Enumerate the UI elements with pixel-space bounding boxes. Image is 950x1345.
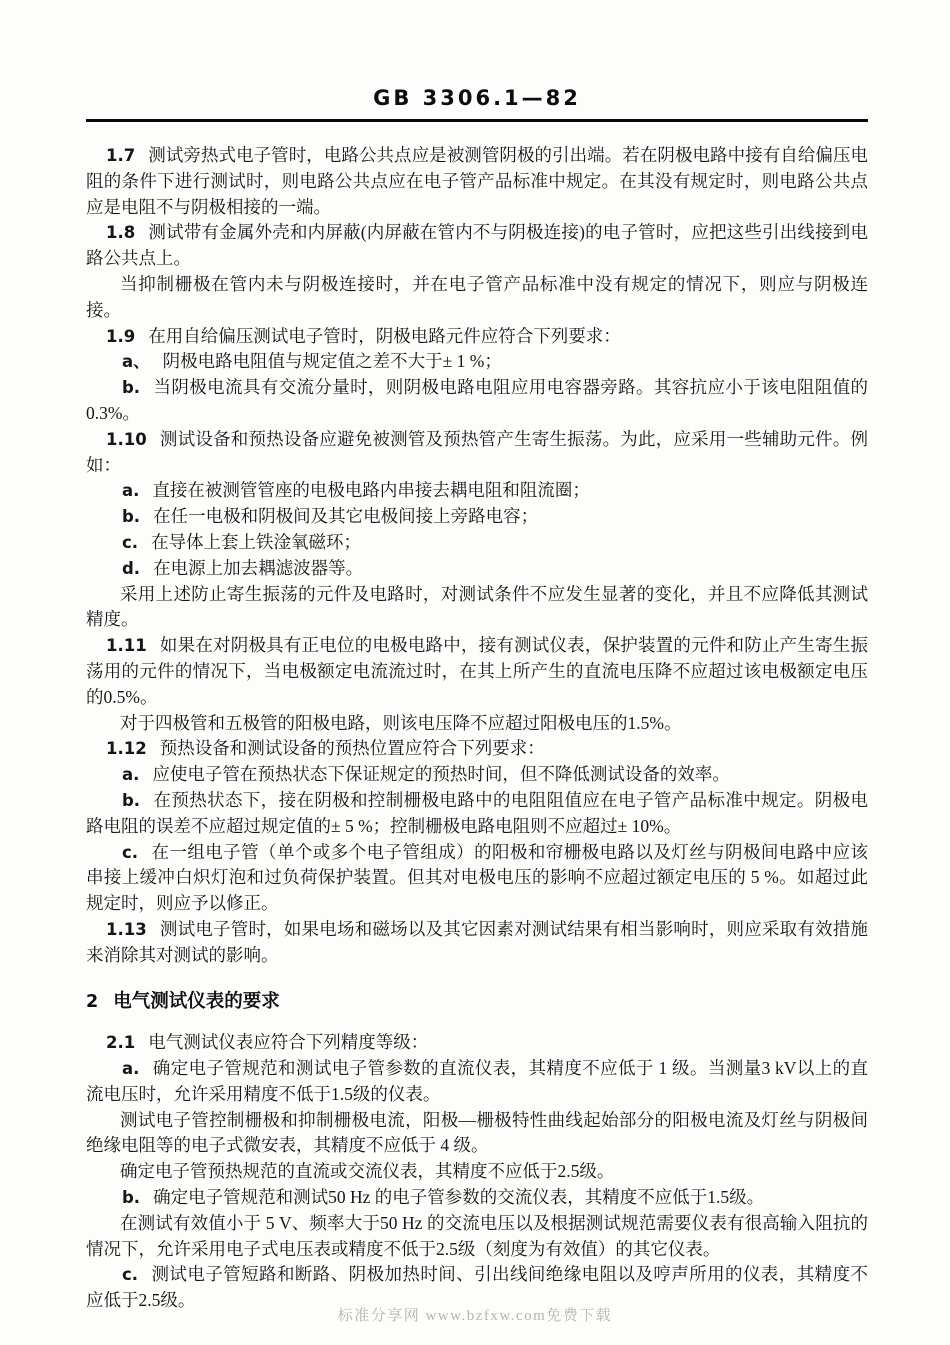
clause-number: 1.7 — [106, 146, 135, 165]
item-letter: b. — [122, 1188, 140, 1207]
clause-text: 预热设备和测试设备的预热位置应符合下列要求： — [160, 738, 545, 758]
clause-text: 测试电子管控制栅极和抑制栅极电流，阳极—栅极特性曲线起始部分的阳极电流及灯丝与阴… — [86, 1110, 868, 1156]
clause-1-12: 1.12预热设备和测试设备的预热位置应符合下列要求： — [86, 736, 868, 762]
clause-text: 当阴极电流具有交流分量时，则阴极电路电阻应用电容器旁路。其容抗应小于该电阻阻值的… — [86, 377, 868, 423]
item-letter: b. — [122, 378, 140, 397]
clause-text: 如果在对阴极具有正电位的电极电路中，接有测试仪表，保护装置的元件和防止产生寄生振… — [86, 635, 868, 707]
clause-1-10: 1.10测试设备和预热设备应避免被测管及预热管产生寄生振荡。为此，应采用一些辅助… — [86, 427, 868, 479]
clause-1-12-item-a: a.应使电子管在预热状态下保证规定的预热时间，但不降低测试设备的效率。 — [86, 762, 868, 788]
clause-text: 对于四极管和五极管的阳极电路，则该电压降不应超过阳极电压的1.5%。 — [120, 713, 681, 733]
clause-1-11: 1.11如果在对阴极具有正电位的电极电路中，接有测试仪表，保护装置的元件和防止产… — [86, 633, 868, 710]
section-2-heading: 2电气测试仪表的要求 — [86, 990, 868, 1016]
clause-1-12-item-b: b.在预热状态下，接在阴极和控制栅极电路中的电阻阻值应在电子管产品标准中规定。阴… — [86, 788, 868, 840]
clause-number: 2.1 — [106, 1033, 135, 1052]
clause-1-8-continuation: 当抑制栅极在管内未与阴极连接时，并在电子管产品标准中没有规定的情况下，则应与阴极… — [86, 272, 868, 324]
clause-number: 1.10 — [106, 430, 147, 449]
clause-1-13: 1.13测试电子管时，如果电场和磁场以及其它因素对测试结果有相当影响时，则应采取… — [86, 917, 868, 969]
clause-text: 当抑制栅极在管内未与阴极连接时，并在电子管产品标准中没有规定的情况下，则应与阴极… — [86, 274, 868, 320]
item-letter: d. — [122, 559, 140, 578]
clause-text: 应使电子管在预热状态下保证规定的预热时间，但不降低测试设备的效率。 — [152, 764, 730, 784]
item-letter: c. — [122, 843, 138, 862]
clause-2-1-item-a-continuation-2: 确定电子管预热规范的直流或交流仪表，其精度不应低于2.5级。 — [86, 1159, 868, 1185]
clause-text: 确定电子管预热规范的直流或交流仪表，其精度不应低于2.5级。 — [120, 1161, 614, 1181]
clause-1-11-continuation: 对于四极管和五极管的阳极电路，则该电压降不应超过阳极电压的1.5%。 — [86, 711, 868, 737]
item-letter: a. — [122, 481, 139, 500]
clause-text: 在导体上套上铁淦氧磁环； — [151, 532, 361, 552]
clause-1-9: 1.9在用自给偏压测试电子管时，阴极电路元件应符合下列要求： — [86, 324, 868, 350]
document-body: 1.7测试旁热式电子管时，电路公共点应是被测管阴极的引出端。若在阴极电路中接有自… — [86, 143, 868, 1314]
clause-number: 1.9 — [106, 327, 135, 346]
clause-text: 测试带有金属外壳和内屏蔽(内屏蔽在管内不与阴极连接)的电子管时，应把这些引出线接… — [86, 222, 868, 268]
clause-text: 确定电子管规范和测试50 Hz 的电子管参数的交流仪表，其精度不应低于1.5级。 — [153, 1187, 764, 1207]
clause-number: 1.13 — [106, 920, 147, 939]
clause-text: 在一组电子管（单个或多个电子管组成）的阳极和帘栅极电路以及灯丝与阴极间电路中应该… — [86, 842, 868, 914]
header-rule — [86, 119, 868, 122]
clause-1-10-item-b: b.在任一电极和阴极间及其它电极间接上旁路电容； — [86, 504, 868, 530]
clause-number: 1.8 — [106, 223, 135, 242]
clause-2-1-item-b: b.确定电子管规范和测试50 Hz 的电子管参数的交流仪表，其精度不应低于1.5… — [86, 1185, 868, 1211]
item-letter: b. — [122, 507, 140, 526]
clause-text: 在电源上加去耦滤波器等。 — [153, 558, 363, 578]
watermark-footer: 标准分享网 www.bzfxw.com免费下载 — [0, 1304, 950, 1325]
item-letter: c. — [122, 1265, 138, 1284]
clause-text: 在任一电极和阴极间及其它电极间接上旁路电容； — [153, 506, 538, 526]
clause-1-10-item-d: d.在电源上加去耦滤波器等。 — [86, 556, 868, 582]
standard-number-header: GB 3306.1—82 — [86, 86, 868, 110]
clause-text: 阴极电路电阻值与规定值之差不大于± 1 %； — [163, 351, 502, 371]
clause-2-1: 2.1电气测试仪表应符合下列精度等级： — [86, 1030, 868, 1056]
clause-1-10-item-a: a.直接在被测管管座的电极电路内串接去耦电阻和阻流圈； — [86, 478, 868, 504]
clause-2-1-item-b-continuation: 在测试有效值小于 5 V、频率大于50 Hz 的交流电压以及根据测试规范需要仪表… — [86, 1211, 868, 1263]
clause-text: 测试旁热式电子管时，电路公共点应是被测管阴极的引出端。若在阴极电路中接有自给偏压… — [86, 145, 868, 217]
clause-1-10-continuation: 采用上述防止寄生振荡的元件及电路时，对测试条件不应发生显著的变化，并且不应降低其… — [86, 582, 868, 634]
clause-text: 在测试有效值小于 5 V、频率大于50 Hz 的交流电压以及根据测试规范需要仪表… — [86, 1213, 868, 1259]
clause-number: 1.11 — [106, 636, 147, 655]
clause-number: 1.12 — [106, 739, 147, 758]
document-page: GB 3306.1—82 1.7测试旁热式电子管时，电路公共点应是被测管阴极的引… — [0, 0, 950, 1345]
clause-text: 测试设备和预热设备应避免被测管及预热管产生寄生振荡。为此，应采用一些辅助元件。例… — [86, 429, 868, 475]
clause-text: 确定电子管规范和测试电子管参数的直流仪表，其精度不应低于 1 级。当测量3 kV… — [86, 1058, 868, 1104]
clause-text: 测试电子管时，如果电场和磁场以及其它因素对测试结果有相当影响时，则应采取有效措施… — [86, 919, 868, 965]
clause-text: 采用上述防止寄生振荡的元件及电路时，对测试条件不应发生显著的变化，并且不应降低其… — [86, 584, 868, 630]
clause-1-10-item-c: c.在导体上套上铁淦氧磁环； — [86, 530, 868, 556]
clause-text: 在预热状态下，接在阴极和控制栅极电路中的电阻阻值应在电子管产品标准中规定。阴极电… — [86, 790, 868, 836]
clause-text: 直接在被测管管座的电极电路内串接去耦电阻和阻流圈； — [152, 480, 590, 500]
section-number: 2 — [86, 992, 98, 1012]
clause-1-12-item-c: c.在一组电子管（单个或多个电子管组成）的阳极和帘栅极电路以及灯丝与阴极间电路中… — [86, 840, 868, 917]
clause-1-9-item-b: b.当阴极电流具有交流分量时，则阴极电路电阻应用电容器旁路。其容抗应小于该电阻阻… — [86, 375, 868, 427]
section-title: 电气测试仪表的要求 — [113, 992, 280, 1012]
item-letter: a. — [122, 1059, 139, 1078]
item-letter: c. — [122, 533, 138, 552]
clause-1-8: 1.8测试带有金属外壳和内屏蔽(内屏蔽在管内不与阴极连接)的电子管时，应把这些引… — [86, 220, 868, 272]
clause-1-9-item-a: a、阴极电路电阻值与规定值之差不大于± 1 %； — [86, 349, 868, 375]
clause-2-1-item-a-continuation-1: 测试电子管控制栅极和抑制栅极电流，阳极—栅极特性曲线起始部分的阳极电流及灯丝与阴… — [86, 1108, 868, 1160]
clause-text: 在用自给偏压测试电子管时，阴极电路元件应符合下列要求： — [148, 326, 621, 346]
item-letter: b. — [122, 791, 140, 810]
clause-1-7: 1.7测试旁热式电子管时，电路公共点应是被测管阴极的引出端。若在阴极电路中接有自… — [86, 143, 868, 220]
clause-text: 电气测试仪表应符合下列精度等级： — [148, 1032, 428, 1052]
item-letter: a. — [122, 765, 139, 784]
clause-2-1-item-a: a.确定电子管规范和测试电子管参数的直流仪表，其精度不应低于 1 级。当测量3 … — [86, 1056, 868, 1108]
item-letter: a、 — [122, 352, 150, 371]
